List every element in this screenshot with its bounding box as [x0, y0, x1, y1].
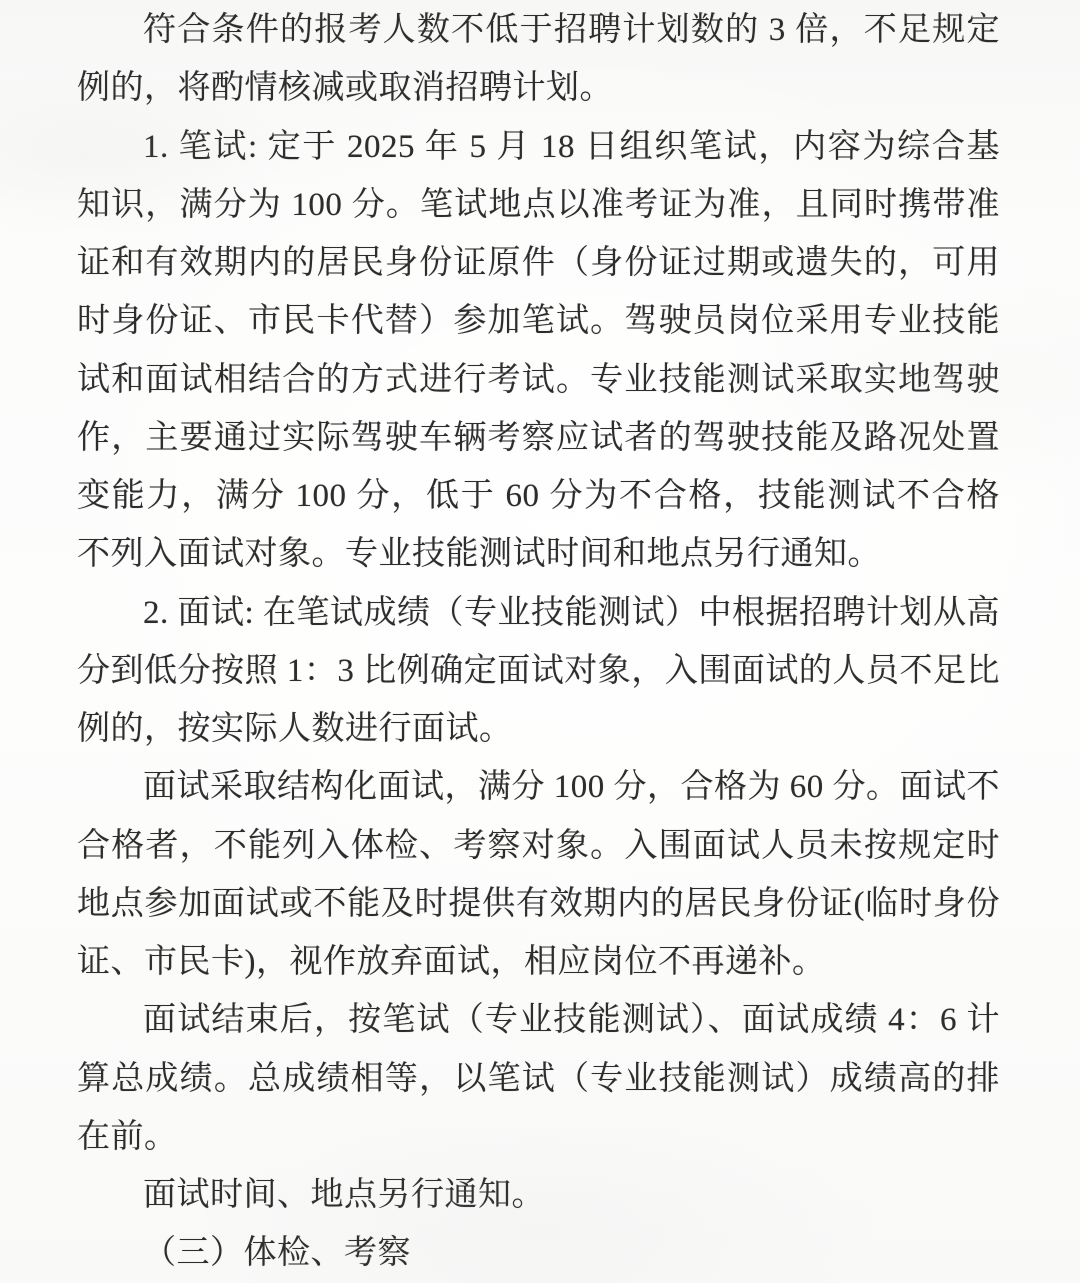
- document-line: 面试结束后，按笔试（专业技能测试）、面试成绩 4：6 计: [77, 991, 1000, 1049]
- document-line: 知识，满分为 100 分。笔试地点以准考证为准，且同时携带准考: [77, 176, 1000, 234]
- document-line: （三）体检、考察: [77, 1224, 1000, 1282]
- document-line: 算总成绩。总成绩相等，以笔试（专业技能测试）成绩高的排位: [77, 1050, 1000, 1108]
- document-line: 在前。: [77, 1108, 1000, 1166]
- document-line: 变能力，满分 100 分，低于 60 分为不合格，技能测试不合格者，: [77, 467, 1000, 525]
- document-line: 面试采取结构化面试，满分 100 分，合格为 60 分。面试不: [77, 758, 1000, 816]
- document-line: 例的，将酌情核减或取消招聘计划。: [77, 59, 1000, 117]
- document-line: 证、市民卡)，视作放弃面试，相应岗位不再递补。: [77, 933, 1000, 991]
- document-line: 作，主要通过实际驾驶车辆考察应试者的驾驶技能及路况处置应: [77, 409, 1000, 467]
- scanned-document-page: 符合条件的报考人数不低于招聘计划数的 3 倍，不足规定比例的，将酌情核减或取消招…: [0, 0, 1080, 1283]
- document-line: 时身份证、市民卡代替）参加笔试。驾驶员岗位采用专业技能测: [77, 292, 1000, 350]
- document-body: 符合条件的报考人数不低于招聘计划数的 3 倍，不足规定比例的，将酌情核减或取消招…: [0, 0, 1080, 1283]
- document-line: 证和有效期内的居民身份证原件（身份证过期或遗失的，可用临: [77, 234, 1000, 292]
- document-line: 2. 面试: 在笔试成绩（专业技能测试）中根据招聘计划从高: [77, 584, 1000, 642]
- document-line: 面试时间、地点另行通知。: [77, 1166, 1000, 1224]
- document-line: 合格者，不能列入体检、考察对象。入围面试人员未按规定时间、: [77, 817, 1000, 875]
- document-line: 不列入面试对象。专业技能测试时间和地点另行通知。: [77, 525, 1000, 583]
- document-line: 分到低分按照 1：3 比例确定面试对象，入围面试的人员不足比: [77, 642, 1000, 700]
- document-line: 1. 笔试: 定于 2025 年 5 月 18 日组织笔试，内容为综合基础: [77, 118, 1000, 176]
- document-line: 符合条件的报考人数不低于招聘计划数的 3 倍，不足规定比: [77, 1, 1000, 59]
- document-line: 例的，按实际人数进行面试。: [77, 700, 1000, 758]
- document-line: 地点参加面试或不能及时提供有效期内的居民身份证(临时身份: [77, 875, 1000, 933]
- document-line: 试和面试相结合的方式进行考试。专业技能测试采取实地驾驶操: [77, 351, 1000, 409]
